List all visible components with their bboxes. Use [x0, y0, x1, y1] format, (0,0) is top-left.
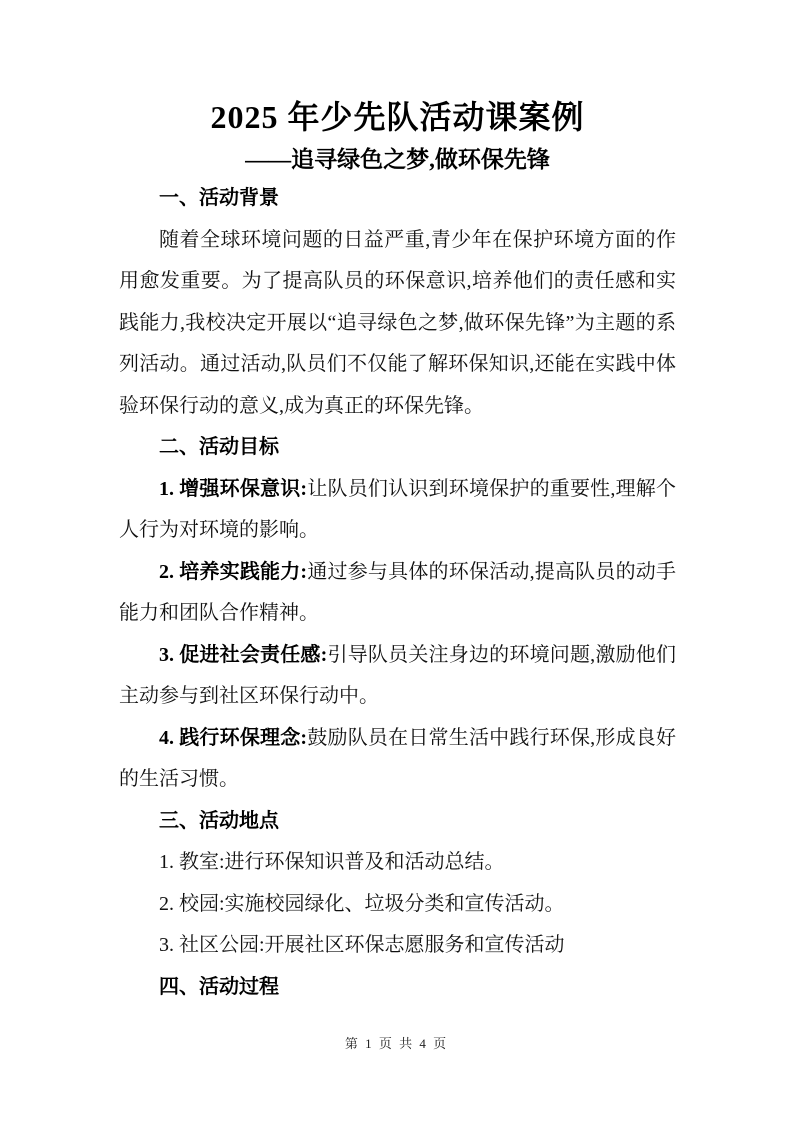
- page-footer: 第 1 页 共 4 页: [0, 1036, 793, 1052]
- goal-item-1: 1. 增强环保意识:让队员们认识到环境保护的重要性,理解个人行为对环境的影响。: [119, 469, 676, 552]
- goal-item-4-label: 4. 践行环保理念:: [159, 727, 307, 749]
- section-heading-locations: 三、活动地点: [119, 801, 676, 843]
- goal-item-1-label: 1. 增强环保意识:: [159, 478, 307, 500]
- location-item-1: 1. 教室:进行环保知识普及和活动总结。: [119, 842, 676, 884]
- location-item-3: 3. 社区公园:开展社区环保志愿服务和宣传活动: [119, 925, 676, 967]
- goal-item-4: 4. 践行环保理念:鼓励队员在日常生活中践行环保,形成良好的生活习惯。: [119, 718, 676, 801]
- document-content: 2025 年少先队活动课案例 ——追寻绿色之梦,做环保先锋 一、活动背景 随着全…: [119, 96, 676, 1008]
- section-heading-background: 一、活动背景: [119, 178, 676, 220]
- goal-item-2-label: 2. 培养实践能力:: [159, 561, 307, 583]
- section-heading-process: 四、活动过程: [119, 967, 676, 1009]
- document-page: 2025 年少先队活动课案例 ——追寻绿色之梦,做环保先锋 一、活动背景 随着全…: [0, 0, 793, 1122]
- document-subtitle: ——追寻绿色之梦,做环保先锋: [119, 144, 676, 176]
- goal-item-3-label: 3. 促进社会责任感:: [159, 644, 327, 666]
- goal-item-2: 2. 培养实践能力:通过参与具体的环保活动,提高队员的动手能力和团队合作精神。: [119, 552, 676, 635]
- goal-item-3: 3. 促进社会责任感:引导队员关注身边的环境问题,激励他们主动参与到社区环保行动…: [119, 635, 676, 718]
- paragraph-background: 随着全球环境问题的日益严重,青少年在保护环境方面的作用愈发重要。为了提高队员的环…: [119, 220, 676, 428]
- document-body: 一、活动背景 随着全球环境问题的日益严重,青少年在保护环境方面的作用愈发重要。为…: [119, 178, 676, 1008]
- section-heading-goals: 二、活动目标: [119, 427, 676, 469]
- location-item-2: 2. 校园:实施校园绿化、垃圾分类和宣传活动。: [119, 884, 676, 926]
- document-title: 2025 年少先队活动课案例: [119, 96, 676, 138]
